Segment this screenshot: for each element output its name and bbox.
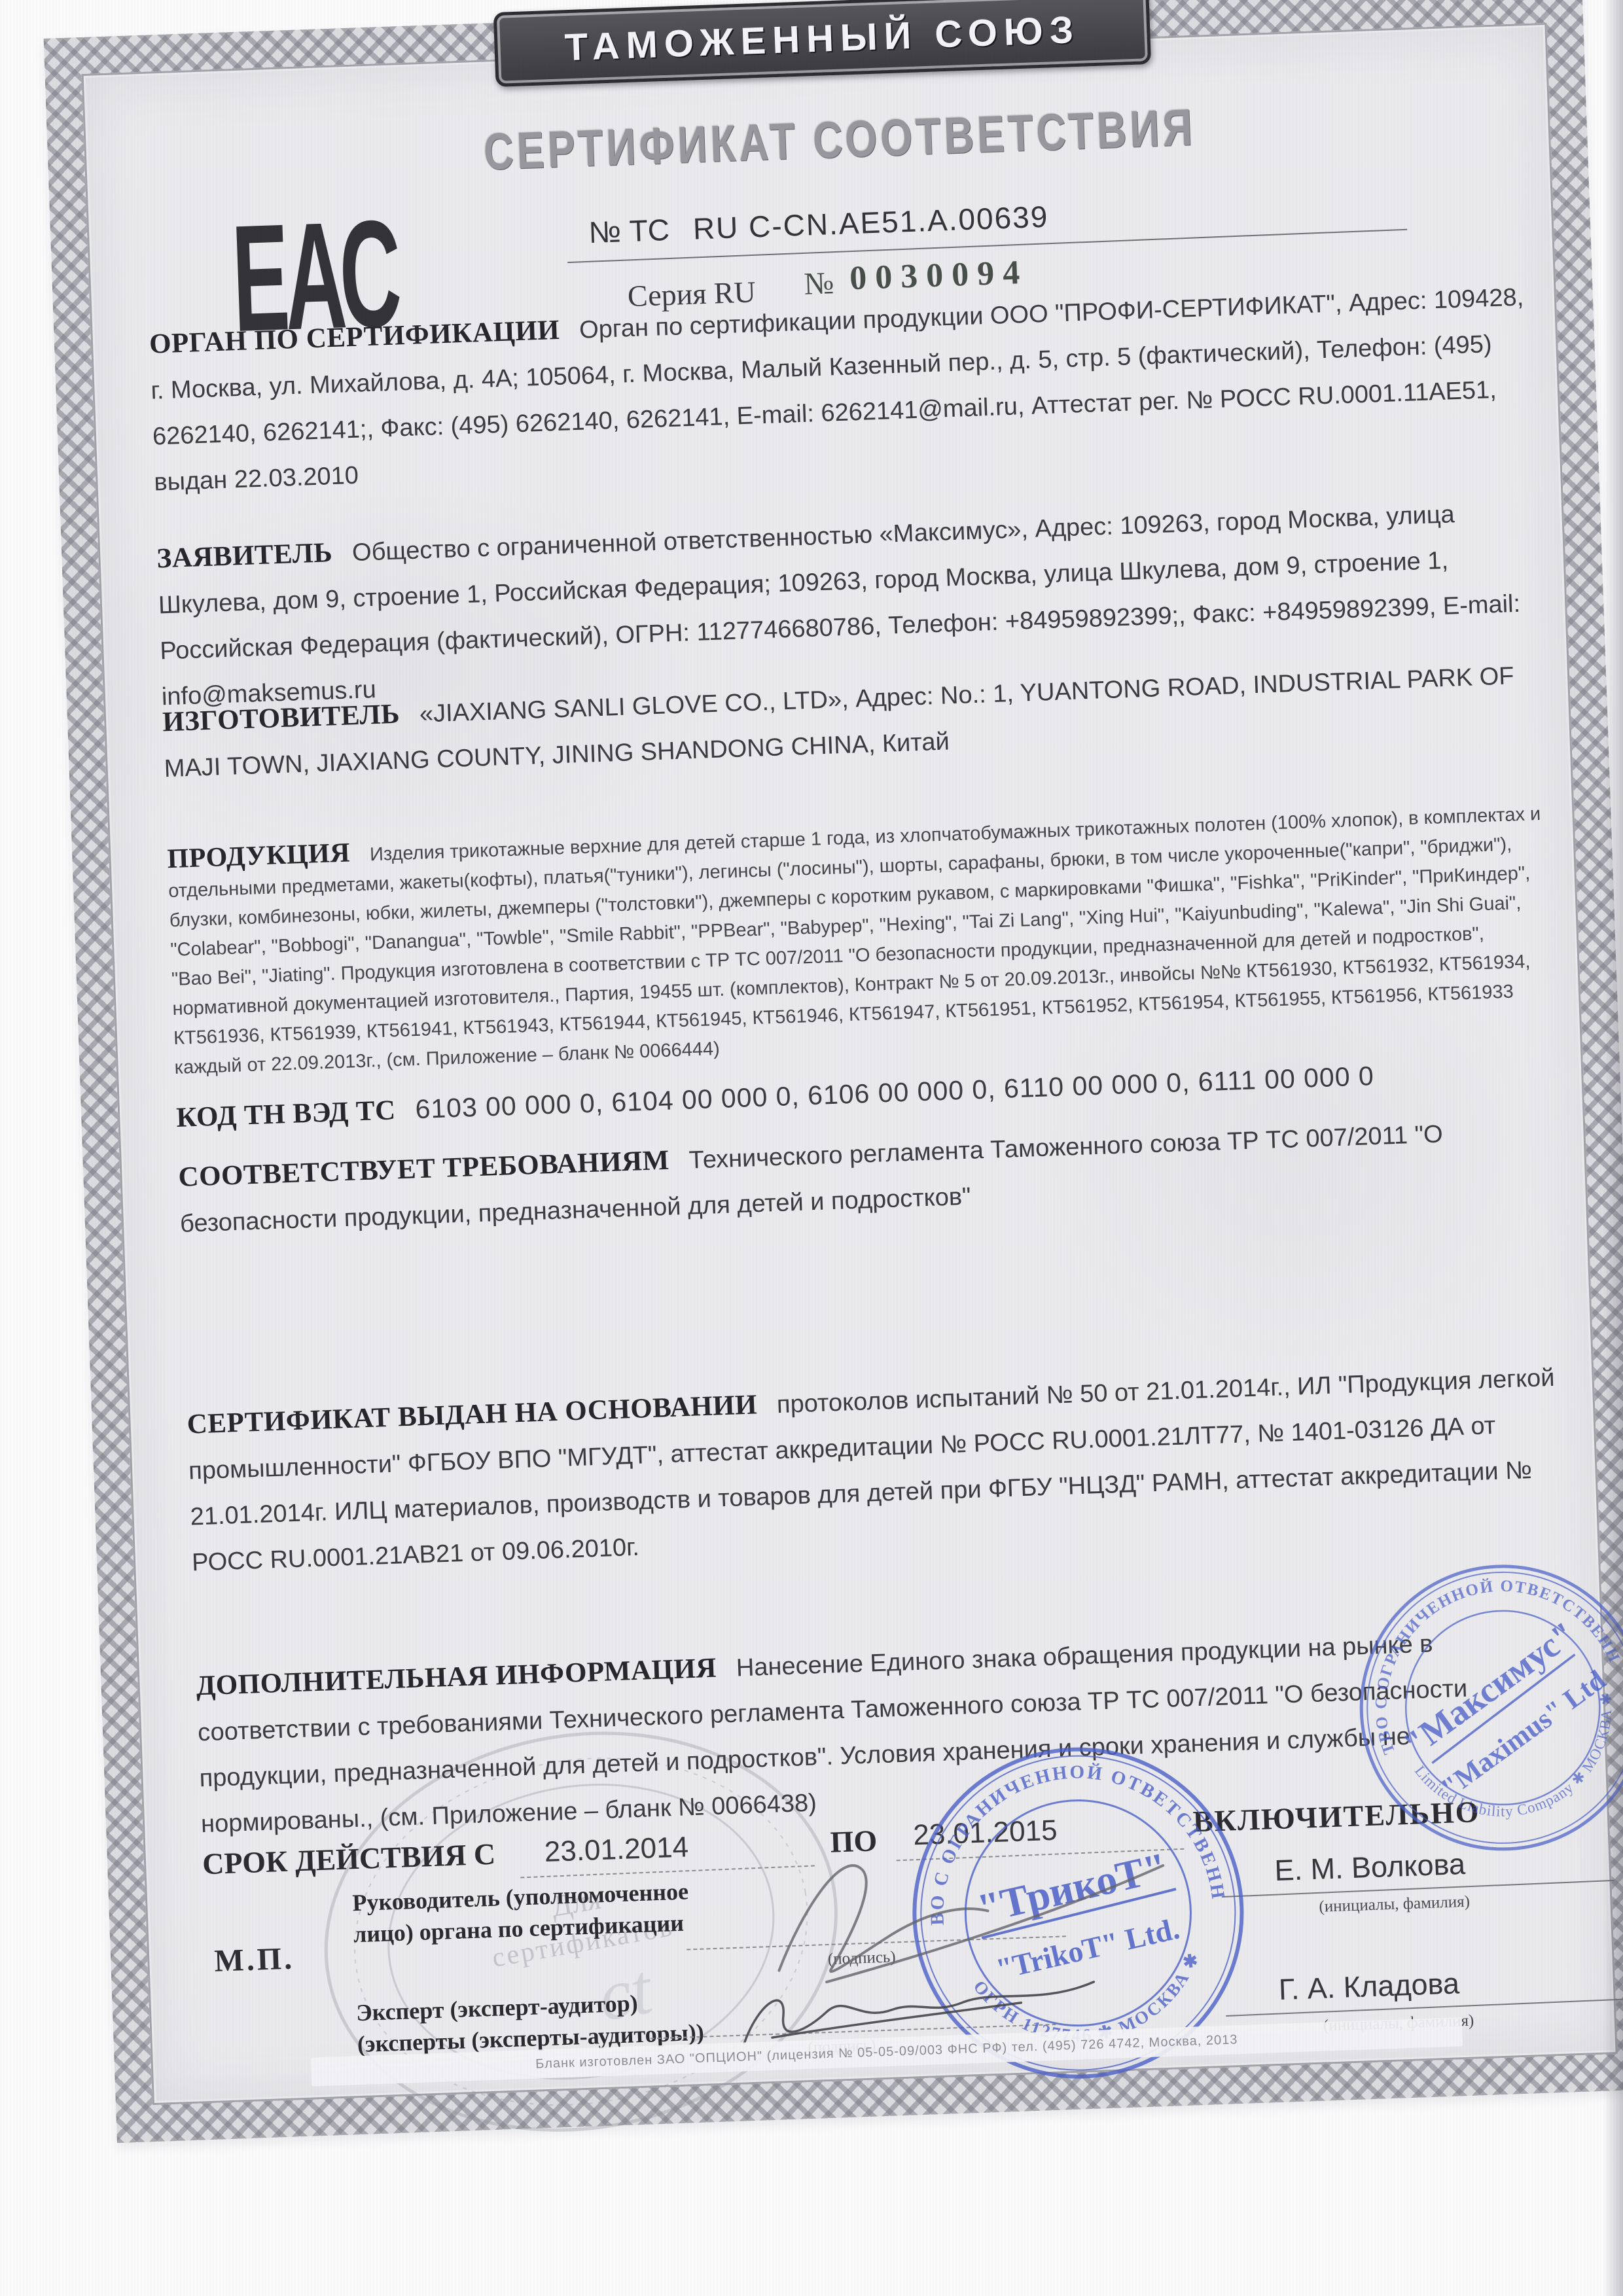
validity-from-date: 23.01.2014 — [544, 1831, 689, 1869]
customs-union-plaque: ТАМОЖЕННЫЙ СОЮЗ — [493, 0, 1151, 87]
section-manufacturer-label: ИЗГОТОВИТЕЛЬ — [162, 699, 400, 738]
seal-place-label: М.П. — [213, 1940, 294, 1979]
section-certification-body-text: Орган по сертификации продукции ООО "ПРО… — [151, 283, 1524, 496]
expert-name: Г. А. Кладова — [1278, 1966, 1460, 2007]
certificate-number-label: № ТС — [588, 213, 670, 249]
section-certification-body-label: ОРГАН ПО СЕРТИФИКАЦИИ — [149, 315, 560, 360]
scan-edge-shadow — [1603, 0, 1623, 2296]
section-issued-on-basis: СЕРТИФИКАТ ВЫДАН НА ОСНОВАНИИпротоколов … — [187, 1354, 1580, 1586]
section-products: ПРОДУКЦИЯИзделия трикотажные верхние для… — [167, 796, 1561, 1083]
series-number: 0030094 — [849, 253, 1029, 298]
section-products-label: ПРОДУКЦИЯ — [167, 838, 351, 874]
certificate-content: Для сертификатов ct ТАМОЖЕННЫЙ СОЮЗ СЕРТ… — [44, 0, 1623, 2143]
section-applicant-label: ЗАЯВИТЕЛЬ — [156, 537, 333, 574]
section-hs-code-label: КОД ТН ВЭД ТС — [176, 1095, 397, 1133]
head-role-label: Руководитель (уполномоченное лицо) орган… — [352, 1875, 701, 1950]
section-complies-with-label: СООТВЕТСТВУЕТ ТРЕБОВАНИЯМ — [178, 1145, 670, 1193]
section-additional-info-label: ДОПОЛНИТЕЛЬНАЯ ИНФОРМАЦИЯ — [196, 1653, 717, 1702]
certificate-title: СЕРТИФИКАТ СООТВЕТСТВИЯ — [414, 96, 1266, 184]
customs-union-plaque-label: ТАМОЖЕННЫЙ СОЮЗ — [564, 7, 1080, 69]
certificate-number-line: № ТСRU C-CN.AE51.A.00639 — [588, 199, 1050, 251]
scanned-certificate-page: Для сертификатов ct ТАМОЖЕННЫЙ СОЮЗ СЕРТ… — [0, 0, 1623, 2296]
series-number-sign: № — [804, 265, 835, 302]
section-products-text: Изделия трикотажные верхние для детей ст… — [168, 804, 1541, 1078]
section-hs-code-text: 6103 00 000 0, 6104 00 000 0, 6106 00 00… — [415, 1061, 1375, 1124]
certificate-number: RU C-CN.AE51.A.00639 — [692, 200, 1049, 246]
section-issued-on-basis-label: СЕРТИФИКАТ ВЫДАН НА ОСНОВАНИИ — [187, 1389, 758, 1439]
certificate-sheet: Для сертификатов ct ТАМОЖЕННЫЙ СОЮЗ СЕРТ… — [44, 0, 1623, 2143]
section-issued-on-basis-text: протоколов испытаний № 50 от 21.01.2014г… — [188, 1364, 1556, 1577]
